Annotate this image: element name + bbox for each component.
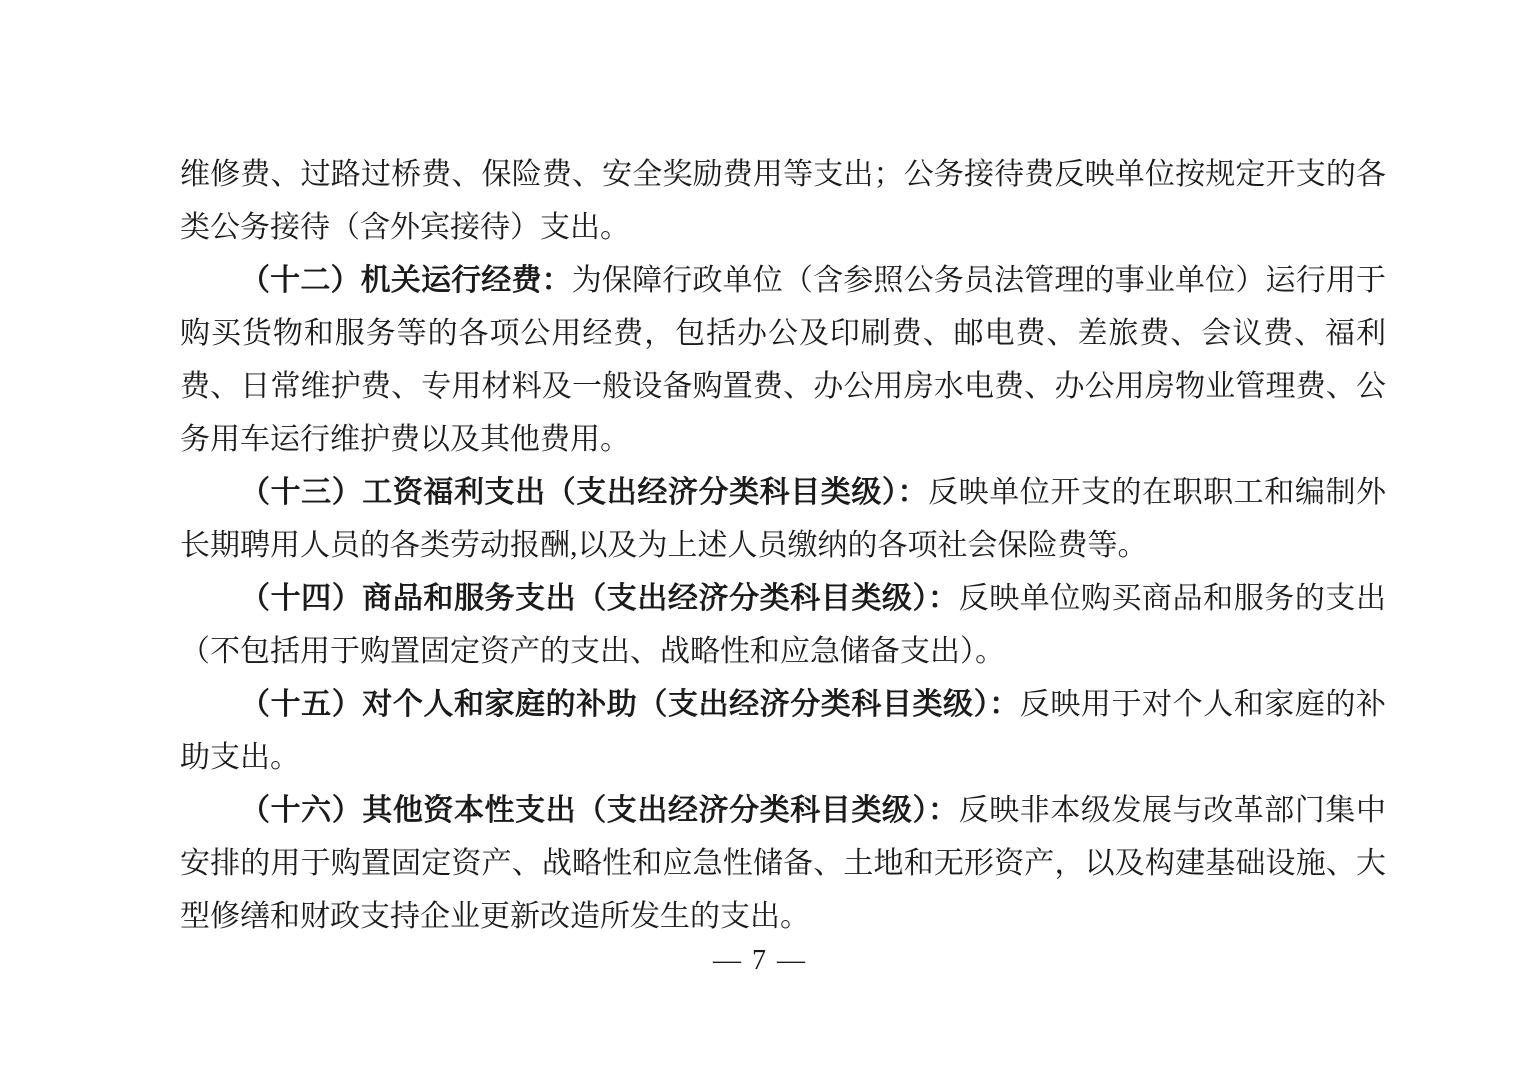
clause-heading-run: （十三）工资福利支出（支出经济分类科目类级）： (240, 476, 928, 509)
paragraph-clause-12: （十二）机关运行经费：为保障行政单位（含参照公务员法管理的事业单位）运行用于购买… (180, 254, 1386, 466)
paragraph-continuation: 维修费、过路过桥费、保险费、安全奖励费用等支出；公务接待费反映单位按规定开支的各… (180, 148, 1386, 254)
paragraph-clause-14: （十四）商品和服务支出（支出经济分类科目类级）：反映单位购买商品和服务的支出（不… (180, 572, 1386, 678)
paragraph-clause-16: （十六）其他资本性支出（支出经济分类科目类级）：反映非本级发展与改革部门集中安排… (180, 784, 1386, 943)
page-footer: — 7 — (0, 941, 1520, 981)
clause-heading-run: （十六）其他资本性支出（支出经济分类科目类级）： (240, 794, 959, 827)
paragraph-clause-15: （十五）对个人和家庭的补助（支出经济分类科目类级）：反映用于对个人和家庭的补助支… (180, 678, 1386, 784)
clause-heading-run: （十二）机关运行经费： (240, 264, 572, 297)
page-number: — 7 — (713, 945, 807, 976)
document-page: 维修费、过路过桥费、保险费、安全奖励费用等支出；公务接待费反映单位按规定开支的各… (0, 0, 1520, 1074)
paragraph-clause-13: （十三）工资福利支出（支出经济分类科目类级）：反映单位开支的在职职工和编制外长期… (180, 466, 1386, 572)
clause-heading-run: （十五）对个人和家庭的补助（支出经济分类科目类级）： (240, 688, 1020, 721)
clause-heading-run: （十四）商品和服务支出（支出经济分类科目类级）： (240, 582, 959, 615)
body-text-run: 维修费、过路过桥费、保险费、安全奖励费用等支出；公务接待费反映单位按规定开支的各… (180, 158, 1386, 244)
document-body: 维修费、过路过桥费、保险费、安全奖励费用等支出；公务接待费反映单位按规定开支的各… (180, 148, 1386, 943)
